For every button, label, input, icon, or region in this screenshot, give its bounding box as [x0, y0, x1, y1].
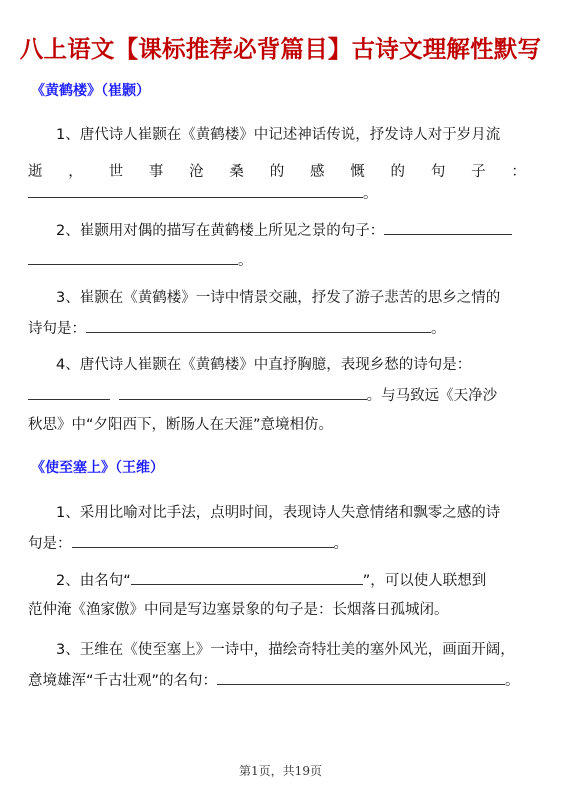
section-heading-shizhisaishang: 《使至塞上》（王维） [31, 457, 164, 477]
answer-blank[interactable] [86, 318, 431, 333]
question-line: 。 [28, 250, 526, 271]
period: 。 [505, 673, 520, 689]
spaced-char: 沧 [189, 162, 204, 182]
question-text: 意境雄浑“千古壮观”的名句： [28, 673, 217, 689]
question-line: 秋思》中“夕阳西下，断肠人在天涯”意境相仿。 [28, 415, 526, 435]
question-text: 范仲淹《渔家傲》中同是写边塞景象的句子是：长烟落日孤城闭。 [28, 602, 449, 618]
answer-blank[interactable] [131, 570, 363, 585]
question-text: 句是： [28, 536, 72, 552]
question-text: 2、由名句“ [56, 573, 131, 589]
question-line: 1、唐代诗人崔颢在《黄鹤楼》中记述神话传说，抒发诗人对于岁月流 [28, 125, 554, 145]
question-text: 3、崔颢在《黄鹤楼》一诗中情景交融，抒发了游子悲苦的思乡之情的 [56, 290, 500, 306]
answer-blank[interactable] [28, 183, 363, 198]
period: 。 [363, 186, 378, 202]
answer-blank[interactable] [384, 220, 512, 235]
question-line: 。与马致远《天净沙 [28, 385, 526, 406]
section-heading-huanghelou: 《黄鹤楼》（崔颢） [31, 80, 150, 100]
question-line: 意境雄浑“千古壮观”的名句：。 [28, 670, 526, 691]
spaced-char: 句 [431, 162, 446, 182]
question-line: 诗句是：。 [28, 318, 526, 339]
question-line-justified: 逝，世事沧桑的感慨的句子： [28, 162, 526, 182]
question-line: 3、崔颢在《黄鹤楼》一诗中情景交融，抒发了游子悲苦的思乡之情的 [28, 288, 554, 308]
spaced-char: 子 [471, 162, 486, 182]
question-text: 。与马致远《天净沙 [367, 388, 498, 404]
spaced-char: 世 [109, 162, 124, 182]
spaced-char: 慨 [350, 162, 365, 182]
question-text: 3、王维在《使至塞上》一诗中，描绘奇特壮美的塞外风光，画面开阔， [56, 642, 515, 658]
question-line: 1、采用比喻对比手法，点明时间，表现诗人失意情绪和飘零之感的诗 [28, 503, 554, 523]
period: 。 [334, 536, 349, 552]
answer-blank[interactable] [72, 533, 334, 548]
spaced-char: 感 [310, 162, 325, 182]
spaced-char: 逝 [28, 162, 43, 182]
question-text: 1、唐代诗人崔颢在《黄鹤楼》中记述神话传说，抒发诗人对于岁月流 [56, 127, 500, 143]
spaced-char: 事 [149, 162, 164, 182]
question-line: 2、崔颢用对偶的描写在黄鹤楼上所见之景的句子： [28, 220, 554, 241]
question-text: 秋思》中“夕阳西下，断肠人在天涯”意境相仿。 [28, 417, 333, 433]
page-indicator: 第1页，共19页 [0, 762, 561, 779]
justified-row: 逝，世事沧桑的感慨的句子： [28, 162, 526, 182]
question-line: 范仲淹《渔家傲》中同是写边塞景象的句子是：长烟落日孤城闭。 [28, 600, 526, 620]
question-text: ”，可以使人联想到 [363, 573, 487, 589]
spaced-char: ： [511, 162, 526, 182]
spaced-char: 桑 [229, 162, 244, 182]
question-text: 1、采用比喻对比手法，点明时间，表现诗人失意情绪和飘零之感的诗 [56, 505, 500, 521]
spaced-char: 的 [270, 162, 285, 182]
document-page: 八上语文【课标推荐必背篇目】古诗文理解性默写 《黄鹤楼》（崔颢） 1、唐代诗人崔… [0, 0, 561, 800]
question-line: 3、王维在《使至塞上》一诗中，描绘奇特壮美的塞外风光，画面开阔， [28, 640, 554, 660]
spaced-char: ， [68, 162, 83, 182]
question-line: 句是：。 [28, 533, 526, 554]
question-line: 。 [28, 183, 526, 204]
period: 。 [431, 321, 446, 337]
question-text: 4、唐代诗人崔颢在《黄鹤楼》中直抒胸臆，表现乡愁的诗句是： [56, 357, 471, 373]
answer-blank[interactable] [28, 250, 238, 265]
question-line: 4、唐代诗人崔颢在《黄鹤楼》中直抒胸臆，表现乡愁的诗句是： [28, 355, 554, 375]
period: 。 [238, 253, 253, 269]
answer-blank[interactable] [28, 385, 110, 400]
spaced-char: 的 [391, 162, 406, 182]
answer-blank[interactable] [217, 670, 505, 685]
answer-blank[interactable] [119, 385, 367, 400]
question-text: 诗句是： [28, 321, 86, 337]
question-line: 2、由名句“”，可以使人联想到 [28, 570, 554, 591]
page-title: 八上语文【课标推荐必背篇目】古诗文理解性默写 [0, 30, 561, 64]
question-text: 2、崔颢用对偶的描写在黄鹤楼上所见之景的句子： [56, 223, 384, 239]
